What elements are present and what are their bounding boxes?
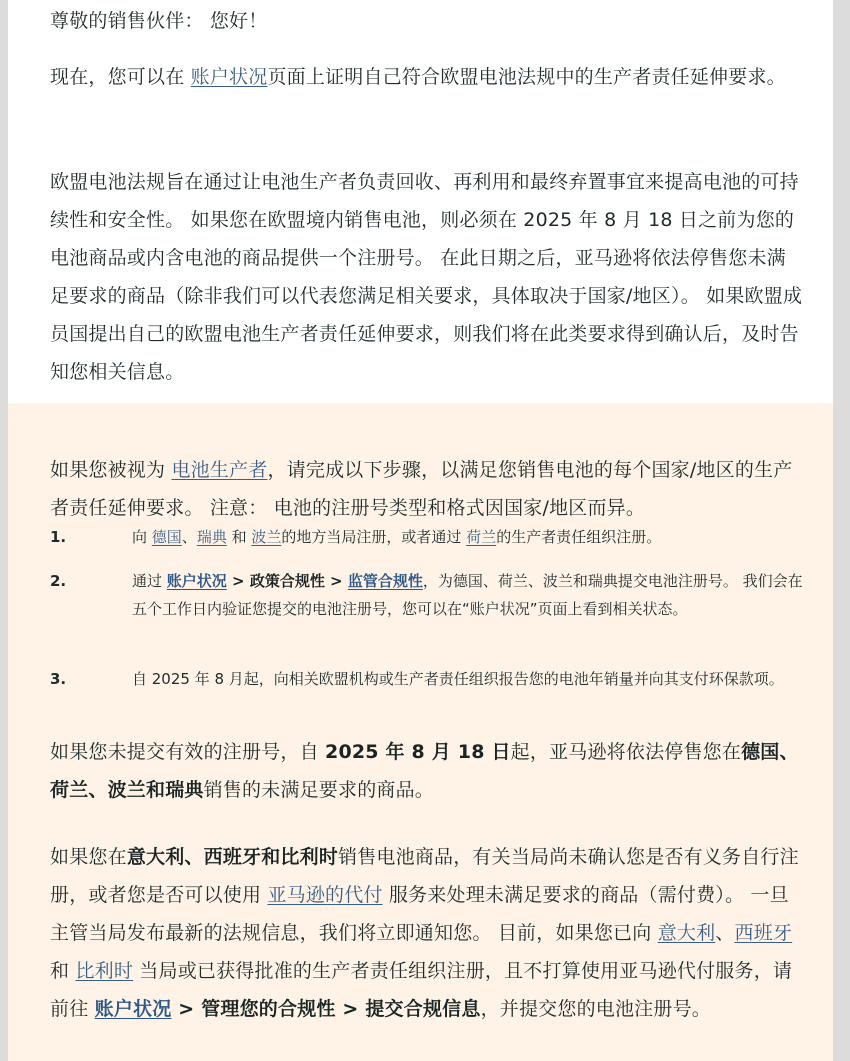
other-countries-paragraph: 如果您在意大利、西班牙和比利时销售电池商品，有关当局尚未确认您是否有义务自行注册… — [50, 838, 805, 1028]
intro-text: 现在，您可以在 — [50, 66, 191, 88]
step-text: 自 2025 年 8 月起，向相关欧盟机构或生产者责任组织报告您的电池年销量并向… — [132, 665, 810, 693]
breadcrumb-separator: > — [227, 572, 250, 590]
text: 、 — [715, 922, 734, 944]
deadline-date: 2025 年 8 月 18 日 — [325, 741, 511, 763]
producer-paragraph: 如果您被视为 电池生产者，请完成以下步骤，以满足您销售电池的每个国家/地区的生产… — [50, 451, 805, 527]
greeting: 尊敬的销售伙伴： 您好！ — [50, 2, 805, 40]
breadcrumb-separator: > — [325, 572, 348, 590]
battery-producer-link[interactable]: 电池生产者 — [171, 459, 267, 481]
text: 如果您在 — [50, 846, 127, 868]
breadcrumb-separator: > — [336, 998, 366, 1020]
text: 如果您未提交有效的注册号，自 — [50, 741, 325, 763]
email-page: 尊敬的销售伙伴： 您好！ 现在，您可以在 账户状况页面上证明自己符合欧盟电池法规… — [8, 0, 833, 1061]
text: 和 — [50, 960, 75, 982]
text: 销售的未满足要求的商品。 — [204, 779, 434, 801]
requirements-section: 如果您被视为 电池生产者，请完成以下步骤，以满足您销售电池的每个国家/地区的生产… — [8, 403, 833, 1061]
spain-link[interactable]: 西班牙 — [735, 922, 793, 944]
policy-compliance-label: 政策合规性 — [250, 572, 325, 590]
pending-countries: 意大利、西班牙和比利时 — [127, 846, 338, 868]
submit-compliance-label: 提交合规信息 — [365, 998, 480, 1020]
sweden-link[interactable]: 瑞典 — [197, 528, 227, 546]
producer-text: 如果您被视为 — [50, 459, 171, 481]
belgium-link[interactable]: 比利时 — [75, 960, 133, 982]
account-health-link[interactable]: 账户状况 — [95, 998, 172, 1020]
text: 起，亚马逊将依法停售您在 — [511, 741, 741, 763]
amazon-pay-on-behalf-link[interactable]: 亚马逊的代付 — [267, 884, 382, 906]
step-item-3: 3. 自 2025 年 8 月起，向相关欧盟机构或生产者责任组织报告您的电池年销… — [50, 665, 810, 721]
text: ，并提交您的电池注册号。 — [481, 998, 711, 1020]
intro-section: 尊敬的销售伙伴： 您好！ 现在，您可以在 账户状况页面上证明自己符合欧盟电池法规… — [8, 0, 833, 403]
manage-compliance-label: 管理您的合规性 — [201, 998, 335, 1020]
text: 的生产者责任组织注册。 — [496, 528, 661, 546]
text: 的地方当局注册，或者通过 — [281, 528, 466, 546]
step-text: 通过 账户状况 > 政策合规性 > 监管合规性，为德国、荷兰、波兰和瑞典提交电池… — [132, 567, 810, 623]
breadcrumb-separator: > — [171, 998, 201, 1020]
text: 和 — [227, 528, 252, 546]
step-number: 1. — [50, 523, 90, 551]
intro-text-tail: 页面上证明自己符合欧盟电池法规中的生产者责任延伸要求。 — [267, 66, 785, 88]
text: 通过 — [132, 572, 167, 590]
regulatory-compliance-link[interactable]: 监管合规性 — [348, 572, 423, 590]
poland-link[interactable]: 波兰 — [251, 528, 281, 546]
netherlands-link[interactable]: 荷兰 — [466, 528, 496, 546]
step-text: 向 德国、瑞典 和 波兰的地方当局注册，或者通过 荷兰的生产者责任组织注册。 — [132, 523, 810, 551]
text: 、 — [182, 528, 197, 546]
italy-link[interactable]: 意大利 — [658, 922, 716, 944]
account-health-link[interactable]: 账户状况 — [167, 572, 227, 590]
steps-list: 1. 向 德国、瑞典 和 波兰的地方当局注册，或者通过 荷兰的生产者责任组织注册… — [50, 523, 810, 721]
text: 向 — [132, 528, 152, 546]
regulation-paragraph: 欧盟电池法规旨在通过让电池生产者负责回收、再利用和最终弃置事宜来提高电池的可持续… — [50, 163, 805, 391]
step-number: 3. — [50, 665, 90, 693]
delist-paragraph: 如果您未提交有效的注册号，自 2025 年 8 月 18 日起，亚马逊将依法停售… — [50, 733, 805, 809]
intro-paragraph: 现在，您可以在 账户状况页面上证明自己符合欧盟电池法规中的生产者责任延伸要求。 — [50, 58, 805, 96]
step-number: 2. — [50, 567, 90, 595]
germany-link[interactable]: 德国 — [152, 528, 182, 546]
step-item-1: 1. 向 德国、瑞典 和 波兰的地方当局注册，或者通过 荷兰的生产者责任组织注册… — [50, 523, 810, 567]
step-item-2: 2. 通过 账户状况 > 政策合规性 > 监管合规性，为德国、荷兰、波兰和瑞典提… — [50, 567, 810, 665]
account-health-link[interactable]: 账户状况 — [191, 66, 268, 88]
